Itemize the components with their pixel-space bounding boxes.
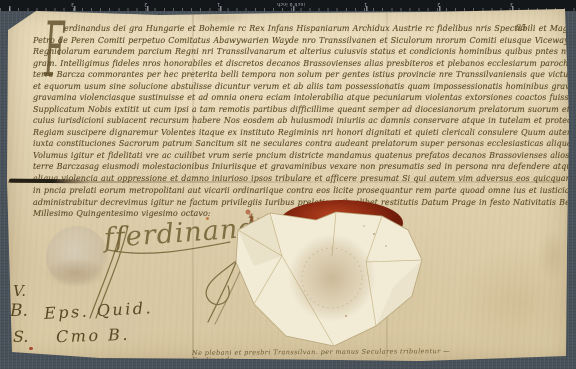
ruler-tick-label: 3 bbox=[71, 1, 74, 6]
ruler: 3 2 1 inch 0 inch 1 2 3 bbox=[0, 0, 576, 11]
countersignature-initial: B. bbox=[10, 303, 28, 320]
manuscript-line: Petro de Peren Comiti perpetuo Comitatus… bbox=[33, 36, 565, 47]
seal-impression bbox=[288, 234, 376, 322]
photograph: 3 2 1 inch 0 inch 1 2 3 F 85 erdinandus … bbox=[0, 0, 576, 369]
manuscript-line: terre Barczasag eiusmodi molestacionibus… bbox=[33, 162, 565, 173]
manuscript-line: gram. Intelligimus fideles nros honorabi… bbox=[33, 59, 565, 70]
ruler-tick-label: 1 bbox=[217, 1, 220, 6]
dorsal-note: Ne plebani et presbri Transsilvan. per m… bbox=[192, 348, 452, 363]
stain bbox=[190, 12, 250, 24]
manuscript-line: et equorum usum sine solucione abstuliss… bbox=[33, 82, 565, 93]
manuscript-line: iuxta constituciones Sacrorum patrum San… bbox=[33, 139, 565, 150]
parchment-document: F 85 erdinandus dei gra Hungarie et Bohe… bbox=[0, 0, 576, 369]
wax-droplet bbox=[29, 347, 33, 350]
countersignature-initial: S. bbox=[13, 329, 28, 345]
manuscript-line: Supplicatum Nobis extitit ut cum ipsi a … bbox=[33, 105, 565, 116]
fold-crease bbox=[8, 181, 560, 183]
wax-smear bbox=[246, 210, 251, 215]
ruler-tick-label: 2 bbox=[437, 1, 440, 6]
ruler-tick-label: 1 bbox=[364, 1, 367, 6]
ruler-tick-label: 2 bbox=[144, 1, 147, 6]
manuscript-line: aliqua violencia aut oppressione et damn… bbox=[33, 174, 565, 185]
manuscript-line: erdinandus dei gra Hungarie et Bohemie r… bbox=[64, 24, 565, 35]
manuscript-line: terre Barcza commorantes per hec preteri… bbox=[33, 70, 565, 81]
ruler-unit-label: inch 0 inch bbox=[277, 1, 305, 6]
ruler-tick-label: 3 bbox=[510, 1, 513, 6]
countersignature-text: Cmo B. bbox=[56, 327, 130, 346]
manuscript-line: Regiam suscipere dignaremur Volentes ita… bbox=[33, 128, 565, 139]
manuscript-line: cuius iurisdicioni subiacent recursum ha… bbox=[33, 116, 565, 127]
manuscript-line: Regnicolarum earundem parcium Regni nri … bbox=[33, 47, 565, 58]
papered-wax-seal bbox=[224, 196, 436, 354]
stain bbox=[538, 228, 568, 283]
countersignature-initial: V. bbox=[13, 284, 26, 299]
fold-crack bbox=[9, 178, 89, 183]
manuscript-line: Volumus igitur et fidelitati vre ac cuil… bbox=[33, 151, 565, 162]
manuscript-line: gravamina violenciasque sustinuisse et a… bbox=[33, 93, 565, 104]
